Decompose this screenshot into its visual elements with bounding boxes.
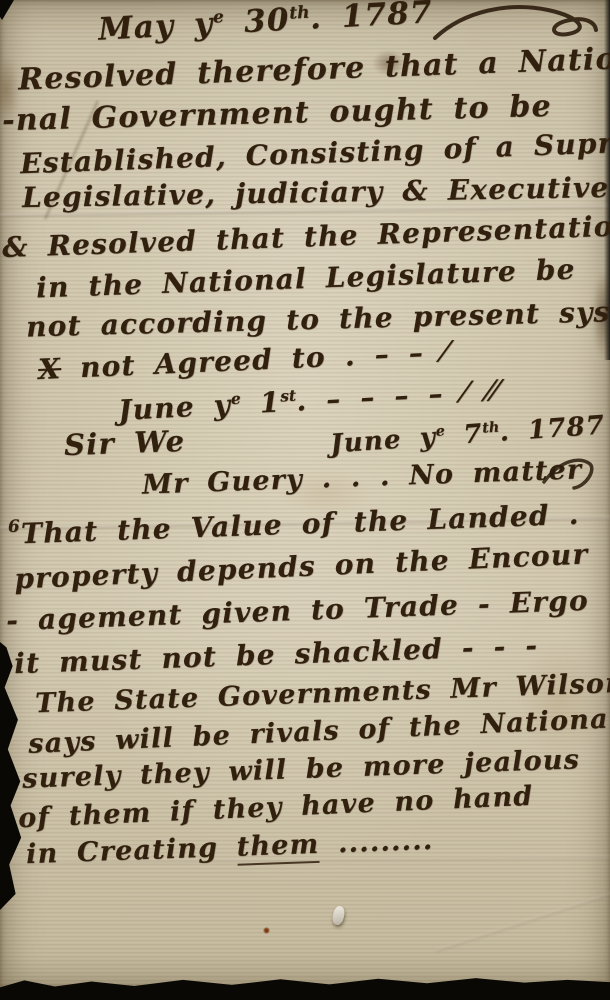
scanned-manuscript-page: { "page": { "background_color": "#0b0906… [0,0,610,1000]
manuscript-line: Sir We [63,424,185,462]
superscript: st [280,387,297,406]
underlined-word: them [236,829,320,866]
superscript: th [482,420,500,437]
crossed-mark: X [37,352,61,386]
heading-text: May y [97,6,214,48]
flourish-curl [540,452,600,492]
superscript: th [289,3,310,24]
marginal-numeral: 6 [8,516,22,536]
